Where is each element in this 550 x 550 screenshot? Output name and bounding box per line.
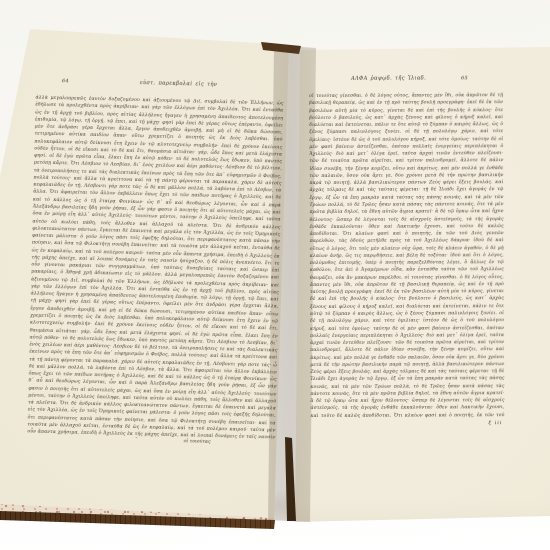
left-running-head: 64 εὐστ. παρεκβολαὶ εἰς τὴν — [36, 78, 284, 94]
right-page-text: ΑΛΦΑ ῥαψῳδ. τῆς Ἰλιαδ. 65 οἱ τοιούτας γί… — [309, 75, 505, 442]
left-body-text: ἀλλὰ μεγαλοπρεπῶς ἑαυτὸν δοξαζομένου καὶ… — [27, 95, 283, 442]
left-folio-number: 64 — [62, 78, 69, 84]
left-catchword: οἱ τοιούτας — [147, 438, 247, 445]
right-running-title: ΑΛΦΑ ῥαψῳδ. τῆς Ἰλιαδ. — [351, 75, 426, 81]
book-photograph: 64 εὐστ. παρεκβολαὶ εἰς τὴν ἀλλὰ μεγαλοπ… — [0, 0, 550, 550]
right-signature-mark: ξ iii — [311, 420, 505, 427]
left-page-text: 64 εὐστ. παρεκβολαὶ εἰς τὴν ἀλλὰ μεγαλοπ… — [27, 78, 284, 460]
right-folio-number: 65 — [461, 75, 468, 81]
left-running-title: εὐστ. παρεκβολαὶ εἰς τὴν — [140, 80, 218, 88]
right-running-head: ΑΛΦΑ ῥαψῳδ. τῆς Ἰλιαδ. 65 — [309, 75, 503, 86]
right-body-text: οἱ τοιούτας γίνεσθαι. ὁ δὲ λόγος οὗτος, … — [309, 92, 504, 420]
book-shadow — [0, 488, 550, 540]
